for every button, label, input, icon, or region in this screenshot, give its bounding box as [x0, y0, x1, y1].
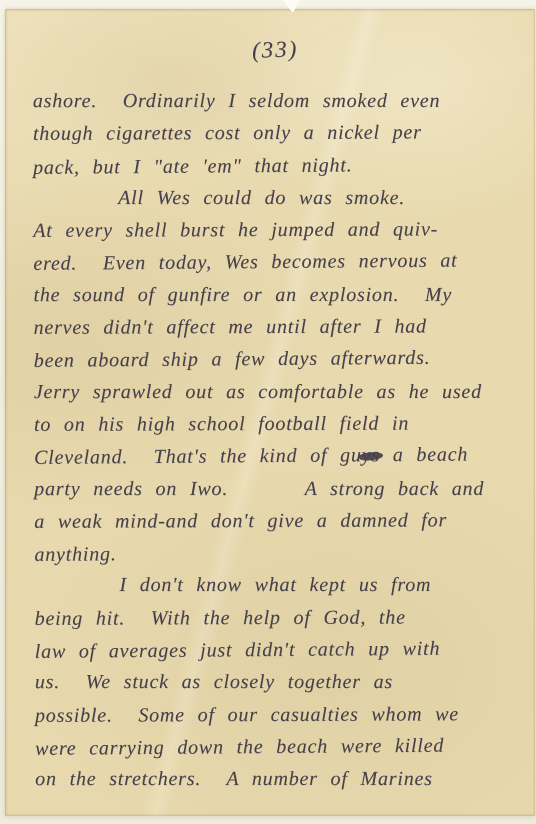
letter-text: been aboard ship a few days afterwards.	[34, 347, 431, 372]
letter-line: possible. Some of our casualties whom we	[35, 698, 518, 732]
letter-text: the sound of gunfire or an explosion. My	[33, 284, 452, 306]
letter-text: I don't know what kept us from	[120, 574, 432, 596]
letter-text: Cleveland. That's the kind of gu	[34, 445, 362, 470]
letter-text: All Wes could do was smoke.	[118, 187, 405, 209]
letter-text: being hit. With the help of God, the	[35, 606, 406, 629]
letter-line: nerves didn't affect me until after I ha…	[34, 310, 517, 344]
letter-line: a weak mind-and don't give a damned for	[34, 504, 517, 538]
letter-body: ashore. Ordinarily I seldom smoked event…	[33, 84, 518, 796]
letter-line: though cigarettes cost only a nickel per	[33, 116, 516, 150]
letter-text: though cigarettes cost only a nickel per	[33, 122, 422, 145]
letter-line: to on his high school football field in	[34, 407, 517, 441]
letter-line: party needs on Iwo. A strong back and	[34, 472, 517, 504]
letter-text: on the stretchers. A number of Marines	[35, 768, 433, 790]
letter-line: At every shell burst he jumped and quiv-	[33, 213, 516, 247]
letter-line: law of averages just didn't catch up wit…	[35, 632, 518, 668]
letter-line: I don't know what kept us from	[35, 569, 518, 601]
letter-line: us. We stuck as closely together as	[35, 666, 518, 698]
letter-line: ered. Even today, Wes becomes nervous at	[33, 245, 516, 281]
letter-text: were carrying down the beach were killed	[35, 735, 444, 760]
letter-text: a weak mind-and don't give a damned for	[34, 509, 447, 532]
letter-text: Jerry sprawled out as comfortable as he …	[34, 381, 482, 403]
letter-line: Cleveland. That's the kind of guys a bea…	[34, 438, 517, 474]
letter-line: the sound of gunfire or an explosion. My	[33, 279, 516, 311]
letter-text: ered. Even today, Wes becomes nervous at	[33, 250, 457, 275]
letter-text: us. We stuck as closely together as	[35, 671, 393, 693]
letter-line: anything.	[34, 535, 517, 571]
letter-text: nerves didn't affect me until after I ha…	[34, 316, 427, 339]
letter-text: At every shell burst he jumped and quiv-	[33, 219, 438, 242]
letter-text: a beach	[380, 444, 468, 467]
letter-line: Jerry sprawled out as comfortable as he …	[34, 376, 517, 408]
letter-line: been aboard ship a few days afterwards.	[34, 341, 517, 377]
letter-text: party needs on Iwo. A strong back and	[34, 477, 484, 499]
letter-text: to on his high school football field in	[34, 413, 409, 436]
letter-paper: (33) ashore. Ordinarily I seldom smoked …	[5, 9, 535, 816]
letter-text: ashore. Ordinarily I seldom smoked even	[33, 90, 440, 112]
letter-line: on the stretchers. A number of Marines	[35, 763, 518, 795]
letter-text: anything.	[34, 543, 116, 566]
letter-text: pack, but I "ate 'em" that night.	[33, 154, 353, 179]
letter-line: All Wes could do was smoke.	[33, 182, 516, 214]
scribbled-word: ys	[362, 439, 381, 471]
letter-text: possible. Some of our casualties whom we	[35, 703, 459, 726]
letter-line: ashore. Ordinarily I seldom smoked even	[33, 85, 516, 117]
letter-line: pack, but I "ate 'em" that night.	[33, 148, 516, 184]
page-number: (33)	[252, 36, 299, 64]
letter-line: were carrying down the beach were killed	[35, 729, 518, 765]
letter-text: law of averages just didn't catch up wit…	[35, 638, 441, 663]
letter-line: being hit. With the help of God, the	[35, 601, 518, 635]
